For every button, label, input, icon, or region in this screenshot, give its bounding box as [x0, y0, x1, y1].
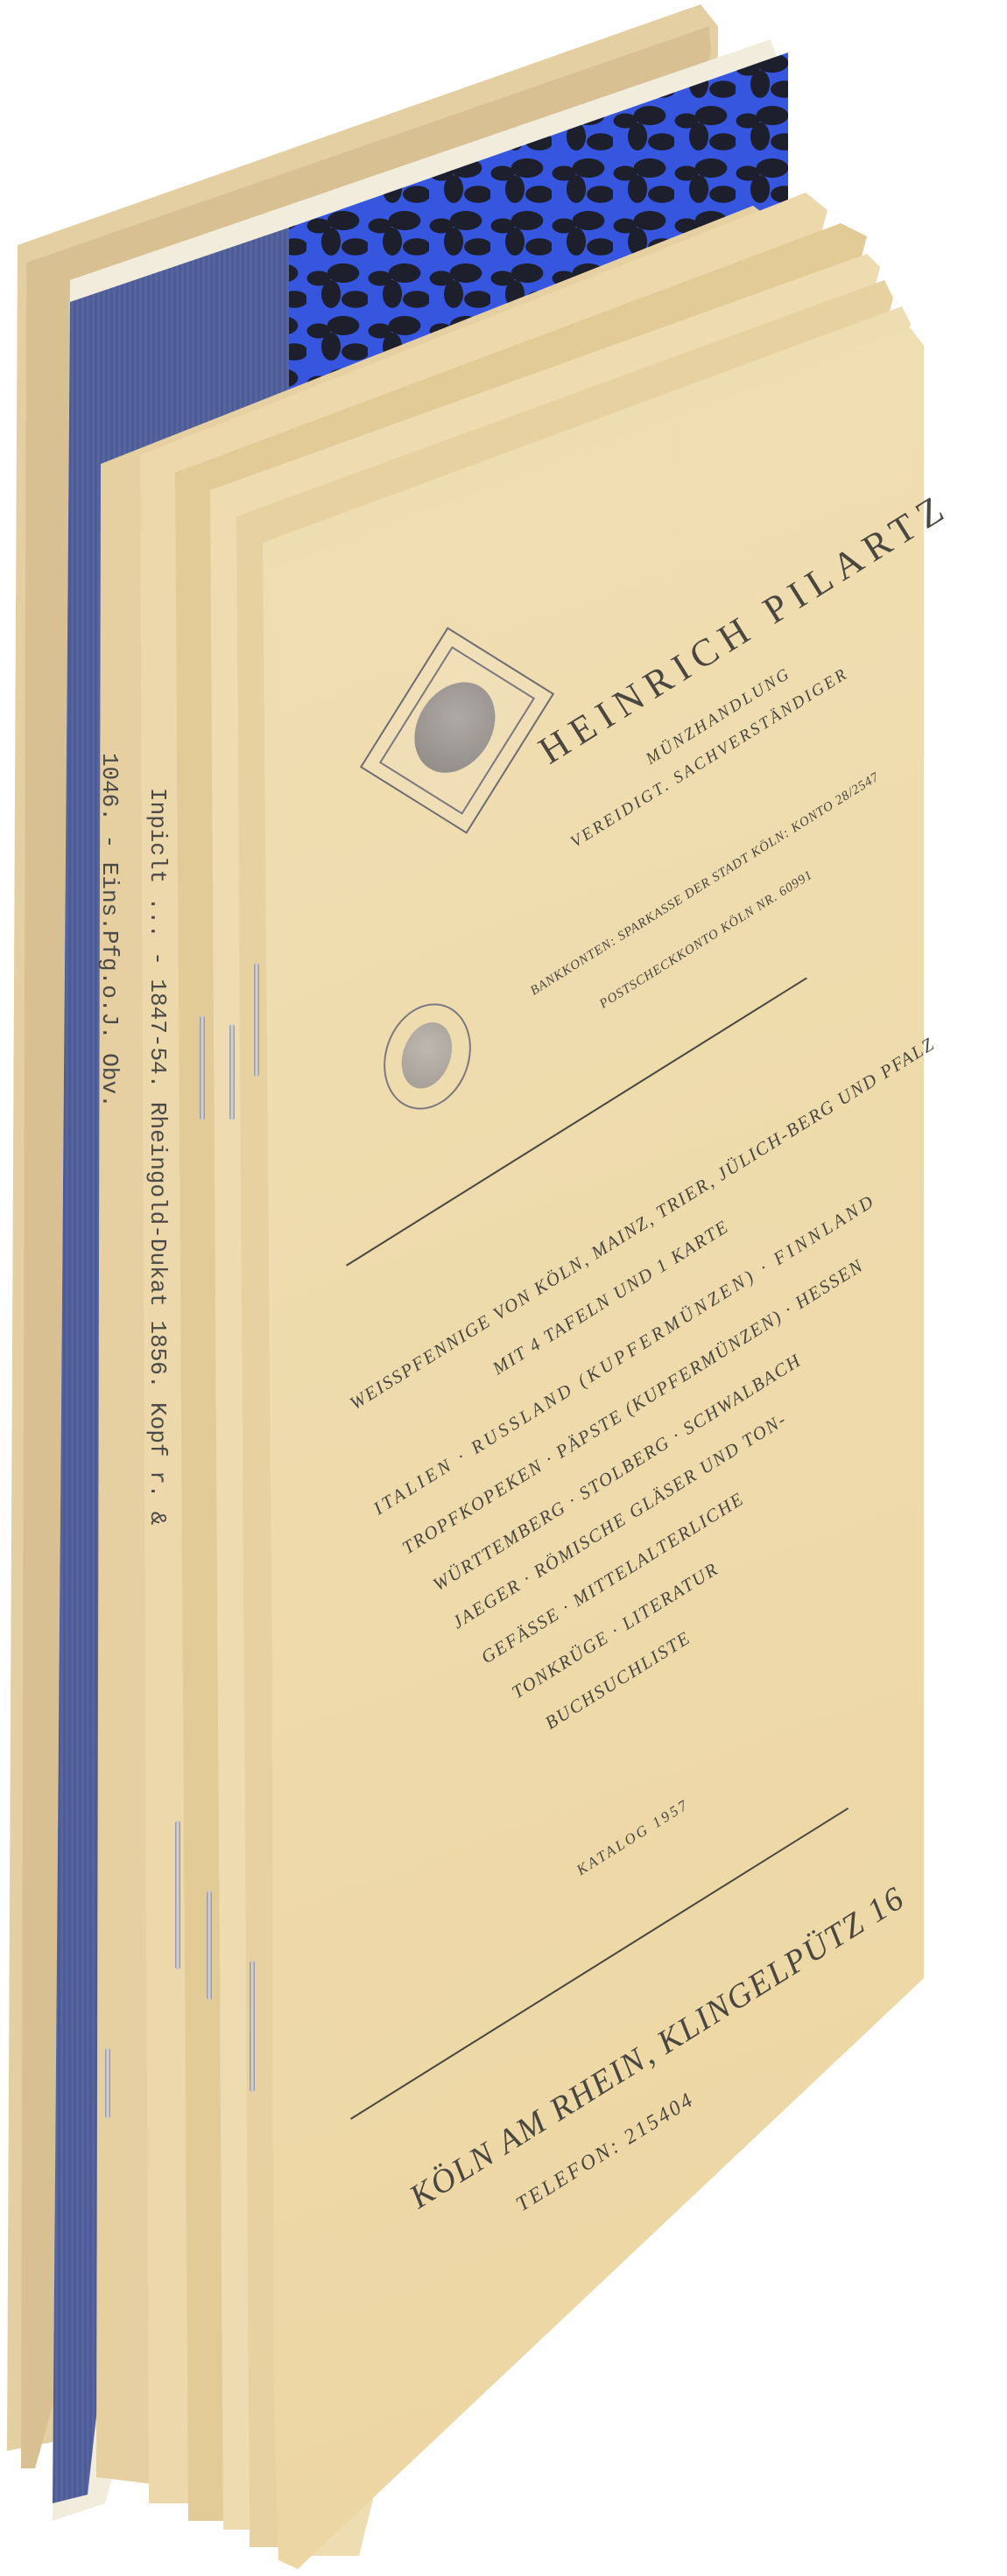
contents-line: WÜRTTEMBERG · STOLBERG · SCHWALBACH	[429, 1349, 806, 1596]
coin-dealer-emblem-icon	[360, 627, 554, 834]
cover-print: HEINRICH PILARTZ MÜNZHANDLUNG VEREIDIGT.…	[0, 0, 1007, 2576]
catalog-year-label: KATALOG 1957	[574, 1796, 693, 1879]
dealer-address: KÖLN AM RHEIN, KLINGELPÜTZ 16	[403, 1878, 912, 2216]
contents-line: BUCHSUCHLISTE	[541, 1626, 695, 1734]
bank-accounts-line: BANKKONTEN: SPARKASSE DER STADT KÖLN: KO…	[528, 770, 883, 1000]
dealer-association-seal-icon	[370, 991, 486, 1121]
